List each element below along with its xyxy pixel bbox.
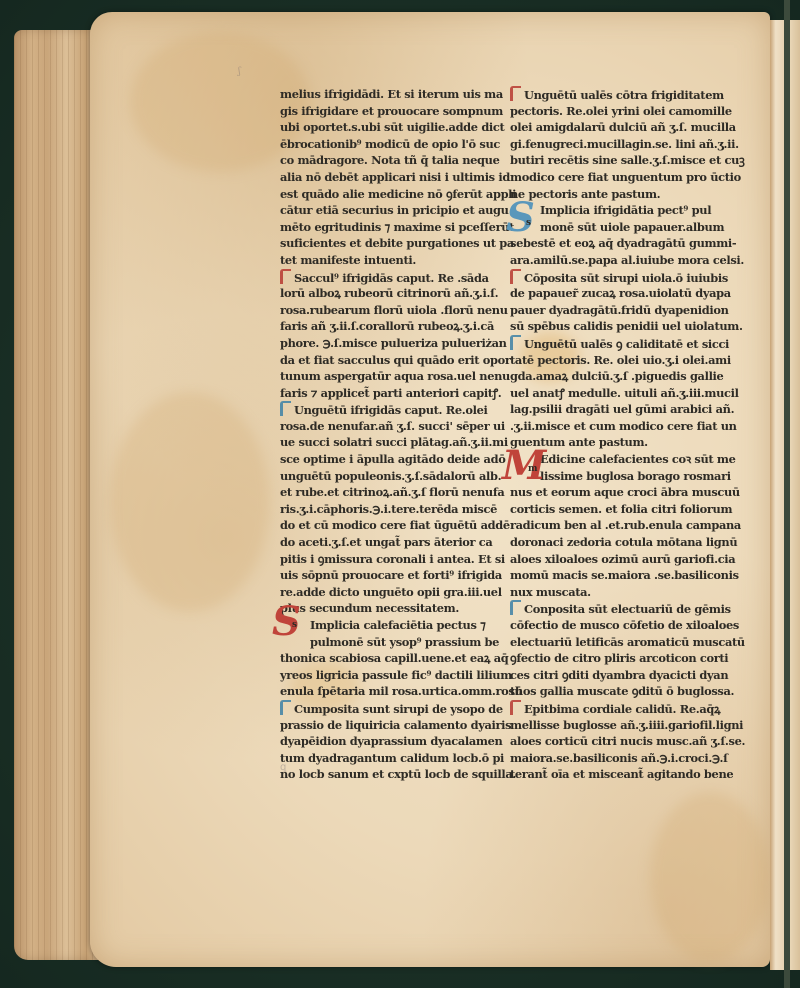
text-line: cātur etiā securius in pricipio et augu	[280, 202, 482, 219]
text-line: modico cere fiat unguentum pro ūctio	[510, 169, 714, 186]
blue-paragraph-mark-icon	[510, 335, 521, 350]
text-line: yreos ligricia passule fic⁹ dactili lili…	[280, 667, 482, 684]
paragraph-start-line: Unguētū ifrigidās caput. Re.olei	[280, 401, 482, 418]
text-line: electuariū letificās aromaticū muscatū	[510, 634, 714, 651]
paragraph-start-line: Unguētū ualēs ꝯ caliditatē et sicci	[510, 335, 714, 352]
text-line: ris.ʒ.i.cāphoris.℈.i.tere.terēda miscē	[280, 501, 482, 518]
text-line: faris ⁊ applicet̃ parti anteriori capitꝭ…	[280, 385, 482, 402]
text-line: thos gallia muscate ꝯditū ō buglossa.	[510, 683, 714, 700]
text-line: suficientes et debite purgationes ut pa	[280, 235, 482, 252]
text-column-right: Unguētū ualēs cōtra frigiditatem pectori…	[510, 86, 714, 783]
text-line: pulmonē sūt ysop⁹ prassium be	[280, 634, 482, 651]
text-line: uis sōpnū prouocare et forti⁹ ifrigida	[280, 567, 482, 584]
text-line: pauer dyadragātū.fridū dyapenidion	[510, 302, 714, 319]
text-line: unguētū populeonis.ʒ.ſ.sādalorū alb.	[280, 468, 482, 485]
text-line: do aceti.ʒ.ſ.et ungat̃ pars āterior ca	[280, 534, 482, 551]
water-stain	[110, 392, 270, 612]
red-paragraph-mark-icon	[510, 700, 521, 715]
text-line: gda.amaꝝ dulciū.ʒ.ſ .piguedis gallie	[510, 368, 714, 385]
text-line: tum dyadragantum calidum locb.ō pi	[280, 750, 482, 767]
text-line: ne pectoris ante pastum.	[510, 186, 714, 203]
text-line: enula ſpētaria mil rosa.urtica.omm.rosū	[280, 683, 482, 700]
text-line: momū macis se.maiora .se.basiliconis	[510, 567, 714, 584]
text-line: ēbrocationib⁹ modicū de opio l'ō suc	[280, 136, 482, 153]
text-line: tunum aspergatūr aqua rosa.uel nenu	[280, 368, 482, 385]
text-line: Epitbima cordiale calidū. Re.aq̄ꝝ	[524, 702, 720, 716]
text-line: ara.amilū.se.papa al.iuiube mora celsi.	[510, 252, 714, 269]
text-line: rosa.rubearum florū uiola .florū nenu	[280, 302, 482, 319]
text-line: lorū alboꝝ rubeorū citrinorū añ.ʒ.i.ſ.	[280, 285, 482, 302]
text-line: doronaci zedoria cotula mōtana lignū	[510, 534, 714, 551]
marginal-mark: ʃ	[238, 66, 241, 77]
text-column-left: melius ifrigidādi. Et si iterum uis ma g…	[280, 86, 482, 783]
text-line: co mādragore. Nota tñ q̄ talia neque	[280, 152, 482, 169]
text-line: radicum ben al .et.rub.enula campana	[510, 517, 714, 534]
text-line: Implicia ifrigidātia pect⁹ pul	[510, 202, 714, 219]
text-line: mellisse buglosse añ.ʒ.iiii.gariofil.lig…	[510, 717, 714, 734]
text-line: terant̃ oīa et misceant̃ agitando bene	[510, 766, 714, 783]
guide-letter: s	[292, 620, 297, 630]
paragraph-start-line: Conposita sūt electuariū de gēmis	[510, 600, 714, 617]
text-line: alia nō debēt applicari nisi i ultimis i…	[280, 169, 482, 186]
text-line: Cumposita sunt sirupi de ysopo de	[294, 702, 503, 716]
text-line: de papauer̃ zucaꝝ rosa.uiolatū dyapa	[510, 285, 714, 302]
text-line: Unguētū ualēs ꝯ caliditatē et sicci	[524, 337, 729, 351]
text-line: .ʒ.ii.misce et cum modico cere fiat un	[510, 418, 714, 435]
water-stain	[650, 792, 770, 962]
text-line: aloes corticū citri nucis musc.añ ʒ.ſ.se…	[510, 733, 714, 750]
text-line: cōfectio de musco cōfetio de xiloaloes	[510, 617, 714, 634]
text-line: corticis semen. et folia citri foliorum	[510, 501, 714, 518]
text-line: nux muscata.	[510, 584, 714, 601]
red-initial-m-icon: M	[502, 446, 546, 486]
text-line: tatē pectoris. Re. olei uio.ʒ.i olei.ami	[510, 352, 714, 369]
text-line: dyapēidion dyaprassium dyacalamen	[280, 733, 482, 750]
text-line: ue succi solatri succi plātag.añ.ʒ.ii.mi	[280, 434, 482, 451]
text-line: gi.fenugreci.mucillagin.se. lini añ.ʒ.ii…	[510, 136, 714, 153]
paragraph-start-line: Cumposita sunt sirupi de ysopo de	[280, 700, 482, 717]
guide-letter: m	[528, 464, 538, 474]
text-line: gis ifrigidare et prouocare sompnum	[280, 103, 482, 120]
paragraph-start-line: Unguētū ualēs cōtra frigiditatem	[510, 86, 714, 103]
text-line: ꝯfectio de citro pliris arcoticon corti	[510, 650, 714, 667]
text-line: est quādo alie medicine nō ꝯferūt appli	[280, 186, 482, 203]
text-line: ces citri ꝯditi dyambra dyacicti dyan	[510, 667, 714, 684]
blue-paragraph-mark-icon	[280, 700, 291, 715]
red-paragraph-mark-icon	[280, 269, 291, 284]
text-line: olei amigdalarū dulciū añ ʒ.ſ. mucilla	[510, 119, 714, 136]
blue-paragraph-mark-icon	[280, 401, 291, 416]
guide-letter: s	[526, 218, 531, 228]
text-line: lag.psilii dragāti uel gūmi arabici añ.	[510, 401, 714, 418]
text-line: rosa.de nenufar.añ ʒ.ſ. succi' sēper ui	[280, 418, 482, 435]
red-paragraph-mark-icon	[510, 269, 521, 284]
text-line: butiri recētis sine salle.ʒ.ſ.misce et c…	[510, 152, 714, 169]
text-line: pitis i ꝯmissura coronali i antea. Et si	[280, 551, 482, 568]
text-line: plus secundum necessitatem.	[280, 600, 482, 617]
text-line: sce optime i āpulla agitādo deide adō	[280, 451, 482, 468]
text-line: thonica scabiosa capill.uene.et eaꝝ aq̄	[280, 650, 482, 667]
text-line: sū spēbus calidis penidii uel uiolatum.	[510, 318, 714, 335]
text-line: Cōposita sūt sirupi uiola.ō iuiubis	[524, 271, 728, 285]
text-line: do et cū modico cere fiat ūguētū addē	[280, 517, 482, 534]
text-line: Conposita sūt electuariū de gēmis	[524, 602, 731, 616]
text-line: pectoris. Re.olei yrini olei camomille	[510, 103, 714, 120]
blue-paragraph-mark-icon	[510, 600, 521, 615]
red-paragraph-mark-icon	[510, 86, 521, 101]
text-line: ubi oportet.s.ubi sūt uigilie.adde dict	[280, 119, 482, 136]
text-line: sebestē et eoꝝ aq̄ dyadragātū gummi-	[510, 235, 714, 252]
text-line: Saccul⁹ ifrigidās caput. Re .sāda	[294, 271, 489, 285]
text-line: monē sūt uiole papauer.album	[510, 219, 714, 236]
text-line: et rube.et citrinoꝝ.añ.ʒ.ſ florū nenufa	[280, 484, 482, 501]
text-line: re.adde dicto unguēto opii gra.iii.uel	[280, 584, 482, 601]
binding-edge	[790, 20, 800, 970]
text-line: melius ifrigidādi. Et si iterum uis ma	[280, 86, 482, 103]
paragraph-start-line: Cōposita sūt sirupi uiola.ō iuiubis	[510, 269, 714, 286]
text-line: Implicia calefaciētia pectus ⁊	[280, 617, 482, 634]
adjacent-leaf-edge	[770, 20, 784, 970]
paragraph-start-line: Saccul⁹ ifrigidās caput. Re .sāda	[280, 269, 482, 286]
text-line: phore. ℈.ſ.misce pulueriza pulueriżan	[280, 335, 482, 352]
paragraph-start-line: Epitbima cordiale calidū. Re.aq̄ꝝ	[510, 700, 714, 717]
text-line: no locb sanum et cxptū locb de squilla.	[280, 766, 482, 783]
text-line: faris añ ʒ.ii.ſ.corallorū rubeoꝝ.ʒ.i.cā	[280, 318, 482, 335]
text-line: mēto egritudinis ⁊ maxime si pceſſerūt	[280, 219, 482, 236]
text-line: uel anatꝭ medulle. uituli añ.ʒ.iii.mucil	[510, 385, 714, 402]
text-line: prassio de liquiricia calamento dyairis	[280, 717, 482, 734]
text-line: maiora.se.basiliconis añ.℈.i.croci.℈.ſ	[510, 750, 714, 767]
text-line: da et fiat sacculus qui quādo erit opor	[280, 352, 482, 369]
text-line: Unguētū ualēs cōtra frigiditatem	[524, 88, 724, 102]
text-line: tet manifeste intuenti.	[280, 252, 482, 269]
text-line: Unguētū ifrigidās caput. Re.olei	[294, 403, 488, 417]
text-line: aloes xiloaloes ozimū aurū gariofi.cia	[510, 551, 714, 568]
